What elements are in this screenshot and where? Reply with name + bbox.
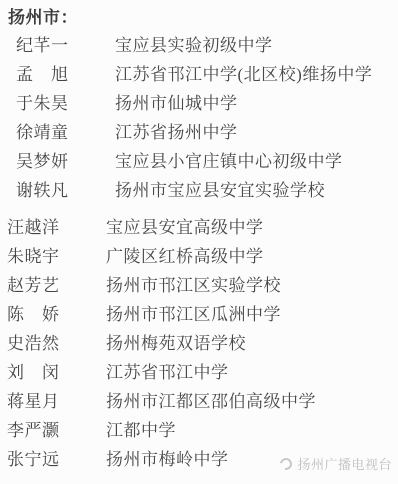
school-name: 扬州市邗江区实验学校 xyxy=(106,271,398,300)
student-name: 史浩然 xyxy=(7,329,106,358)
student-name: 孟 旭 xyxy=(16,60,115,89)
station-watermark: 扬州广播电视台 xyxy=(280,454,392,473)
roster-row: 孟 旭 江苏省邗江中学(北区校)维扬中学 xyxy=(0,60,398,89)
school-name: 江苏省邗江中学 xyxy=(106,358,398,387)
roster-row: 于朱昊 扬州市仙城中学 xyxy=(0,89,398,118)
school-name: 扬州梅苑双语学校 xyxy=(106,329,398,358)
school-name: 扬州市江都区邵伯高级中学 xyxy=(106,387,398,416)
school-name: 宝应县实验初级中学 xyxy=(115,31,398,60)
school-name: 江都中学 xyxy=(106,416,398,445)
roster-row: 汪越洋 宝应县安宜高级中学 xyxy=(0,213,398,242)
student-name: 谢轶凡 xyxy=(16,176,115,205)
student-name: 李严灏 xyxy=(7,416,106,445)
roster-row: 吴梦妍 宝应县小官庄镇中心初级中学 xyxy=(0,147,398,176)
student-name: 于朱昊 xyxy=(16,89,115,118)
student-name: 吴梦妍 xyxy=(16,147,115,176)
roster-row: 朱晓宇 广陵区红桥高级中学 xyxy=(0,242,398,271)
school-name: 扬州市仙城中学 xyxy=(115,89,398,118)
student-name: 朱晓宇 xyxy=(7,242,106,271)
roster-row: 陈 娇 扬州市邗江区瓜洲中学 xyxy=(0,300,398,329)
roster-row: 赵芳艺 扬州市邗江区实验学校 xyxy=(0,271,398,300)
city-heading: 扬州市： xyxy=(0,4,398,31)
yangzhou-tv-logo-icon xyxy=(278,455,295,472)
roster-row: 李严灏 江都中学 xyxy=(0,416,398,445)
roster-row: 纪芊一 宝应县实验初级中学 xyxy=(0,31,398,60)
student-name: 蒋星月 xyxy=(7,387,106,416)
roster-row: 史浩然 扬州梅苑双语学校 xyxy=(0,329,398,358)
watermark-label: 扬州广播电视台 xyxy=(297,454,392,473)
roster-group-1: 纪芊一 宝应县实验初级中学 孟 旭 江苏省邗江中学(北区校)维扬中学 于朱昊 扬… xyxy=(0,31,398,205)
roster-row: 刘 闵 江苏省邗江中学 xyxy=(0,358,398,387)
student-name: 刘 闵 xyxy=(7,358,106,387)
student-name: 徐靖童 xyxy=(16,118,115,147)
student-name: 汪越洋 xyxy=(7,213,106,242)
school-name: 江苏省邗江中学(北区校)维扬中学 xyxy=(115,60,398,89)
school-name: 宝应县小官庄镇中心初级中学 xyxy=(115,147,398,176)
student-name: 陈 娇 xyxy=(7,300,106,329)
student-name: 张宁远 xyxy=(7,445,106,474)
student-name: 纪芊一 xyxy=(16,31,115,60)
roster-row: 徐靖童 江苏省扬州中学 xyxy=(0,118,398,147)
school-name: 江苏省扬州中学 xyxy=(115,118,398,147)
roster-row: 谢轶凡 扬州市宝应县安宜实验学校 xyxy=(0,176,398,205)
school-name: 广陵区红桥高级中学 xyxy=(106,242,398,271)
roster-document: 扬州市： 纪芊一 宝应县实验初级中学 孟 旭 江苏省邗江中学(北区校)维扬中学 … xyxy=(0,0,398,474)
roster-row: 蒋星月 扬州市江都区邵伯高级中学 xyxy=(0,387,398,416)
student-name: 赵芳艺 xyxy=(7,271,106,300)
school-name: 宝应县安宜高级中学 xyxy=(106,213,398,242)
school-name: 扬州市邗江区瓜洲中学 xyxy=(106,300,398,329)
school-name: 扬州市宝应县安宜实验学校 xyxy=(115,176,398,205)
roster-group-2: 汪越洋 宝应县安宜高级中学 朱晓宇 广陵区红桥高级中学 赵芳艺 扬州市邗江区实验… xyxy=(0,213,398,474)
